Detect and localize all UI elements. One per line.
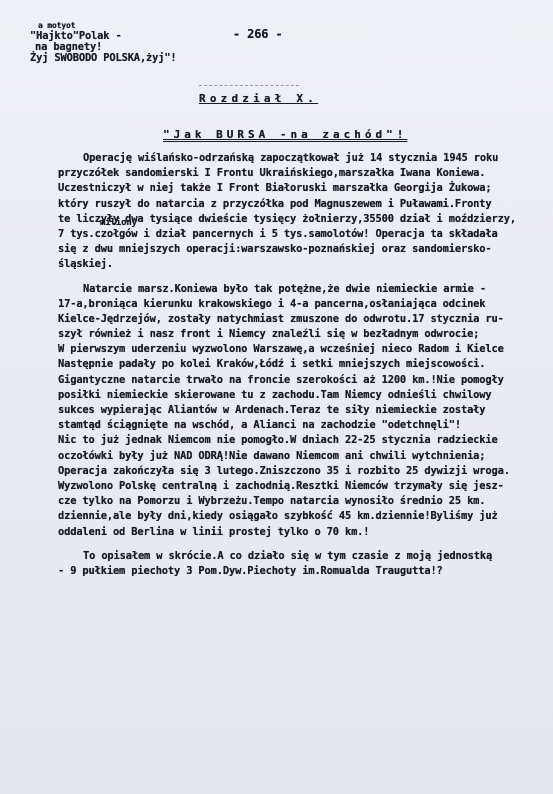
document-page: a motyot "Hajkto"Polak - na bagnety! Żyj… xyxy=(0,0,553,794)
text-line: posiłki niemieckie skierowane tu z zacho… xyxy=(58,388,538,403)
text-line: Wyzwolono Polskę centralną i zachodnią.R… xyxy=(58,479,538,494)
text-line: szył również i nasz front i Niemcy znale… xyxy=(58,327,538,342)
text-line: który ruszył do natarcia z przyczółka po… xyxy=(58,197,538,212)
text-line: te liczyły dwa tysiące dwieście tysięcy … xyxy=(58,212,538,227)
text-line: Uczestniczył w niej także I Front Białor… xyxy=(58,181,538,196)
text-line: Operację wiślańsko-odrzańską zapoczątkow… xyxy=(58,151,538,166)
body-text: Operację wiślańsko-odrzańską zapoczątkow… xyxy=(58,151,538,579)
text-line: 17-a,broniąca kierunku krakowskiego i 4-… xyxy=(58,297,538,312)
paragraph: Operację wiślańsko-odrzańską zapoczątkow… xyxy=(58,151,538,273)
paragraph: Natarcie marsz.Koniewa było tak potężne,… xyxy=(58,282,538,540)
text-line: dziennie,ale były dni,kiedy osiągało szy… xyxy=(58,509,538,524)
text-line: Nic to już jednak Niemcom nie pomogło.W … xyxy=(58,433,538,448)
text-line: stamtąd ściągnięte na wschód, a Alianci … xyxy=(58,418,538,433)
text-line: się z dwu mniejszych operacji:warszawsko… xyxy=(58,242,538,257)
header-motto: a motyot "Hajkto"Polak - na bagnety! Żyj… xyxy=(30,20,177,64)
chapter-heading: Rozdział X. xyxy=(199,92,318,105)
text-line: W pierwszym uderzeniu wyzwolono Warszawę… xyxy=(58,342,538,357)
text-line: śląskiej. xyxy=(58,257,538,272)
text-line: Gigantyczne natarcie trwało na froncie s… xyxy=(58,373,538,388)
text-line: To opisałem w skrócie.A co działo się w … xyxy=(58,549,538,564)
text-line: Natarcie marsz.Koniewa było tak potężne,… xyxy=(58,282,538,297)
text-line: Operacja zakończyła się 3 lutego.Zniszcz… xyxy=(58,464,538,479)
text-line: - 9 pułkiem piechoty 3 Pom.Dyw.Piechoty … xyxy=(58,564,538,579)
text-line: 7 tys.czołgów i dział pancernych i 5 tys… xyxy=(58,227,538,242)
text-line: sukces wypierając Aliantów w Ardenach.Te… xyxy=(58,403,538,418)
text-line: oczołówki były już NAD ODRĄ!Nie dawano N… xyxy=(58,449,538,464)
section-title: "Jak BURSA -na zachód"! xyxy=(163,128,407,141)
paragraph: To opisałem w skrócie.A co działo się w … xyxy=(58,549,538,579)
text-line: cze tylko na Pomorzu i Wybrzeżu.Tempo na… xyxy=(58,494,538,509)
page-number: - 266 - xyxy=(233,27,283,41)
text-line: Następnie padały po kolei Kraków,Łódź i … xyxy=(58,357,538,372)
text-line: Kielce-Jędrzejów, zostały natychmiast zm… xyxy=(58,312,538,327)
text-line: oddaleni od Berlina w linii prostej tylk… xyxy=(58,525,538,540)
text-line: przyczółek sandomierski I Frontu Ukraińs… xyxy=(58,166,538,181)
divider xyxy=(199,85,299,86)
header-line: Żyj SWOBODO POLSKA,żyj"! xyxy=(30,53,177,64)
